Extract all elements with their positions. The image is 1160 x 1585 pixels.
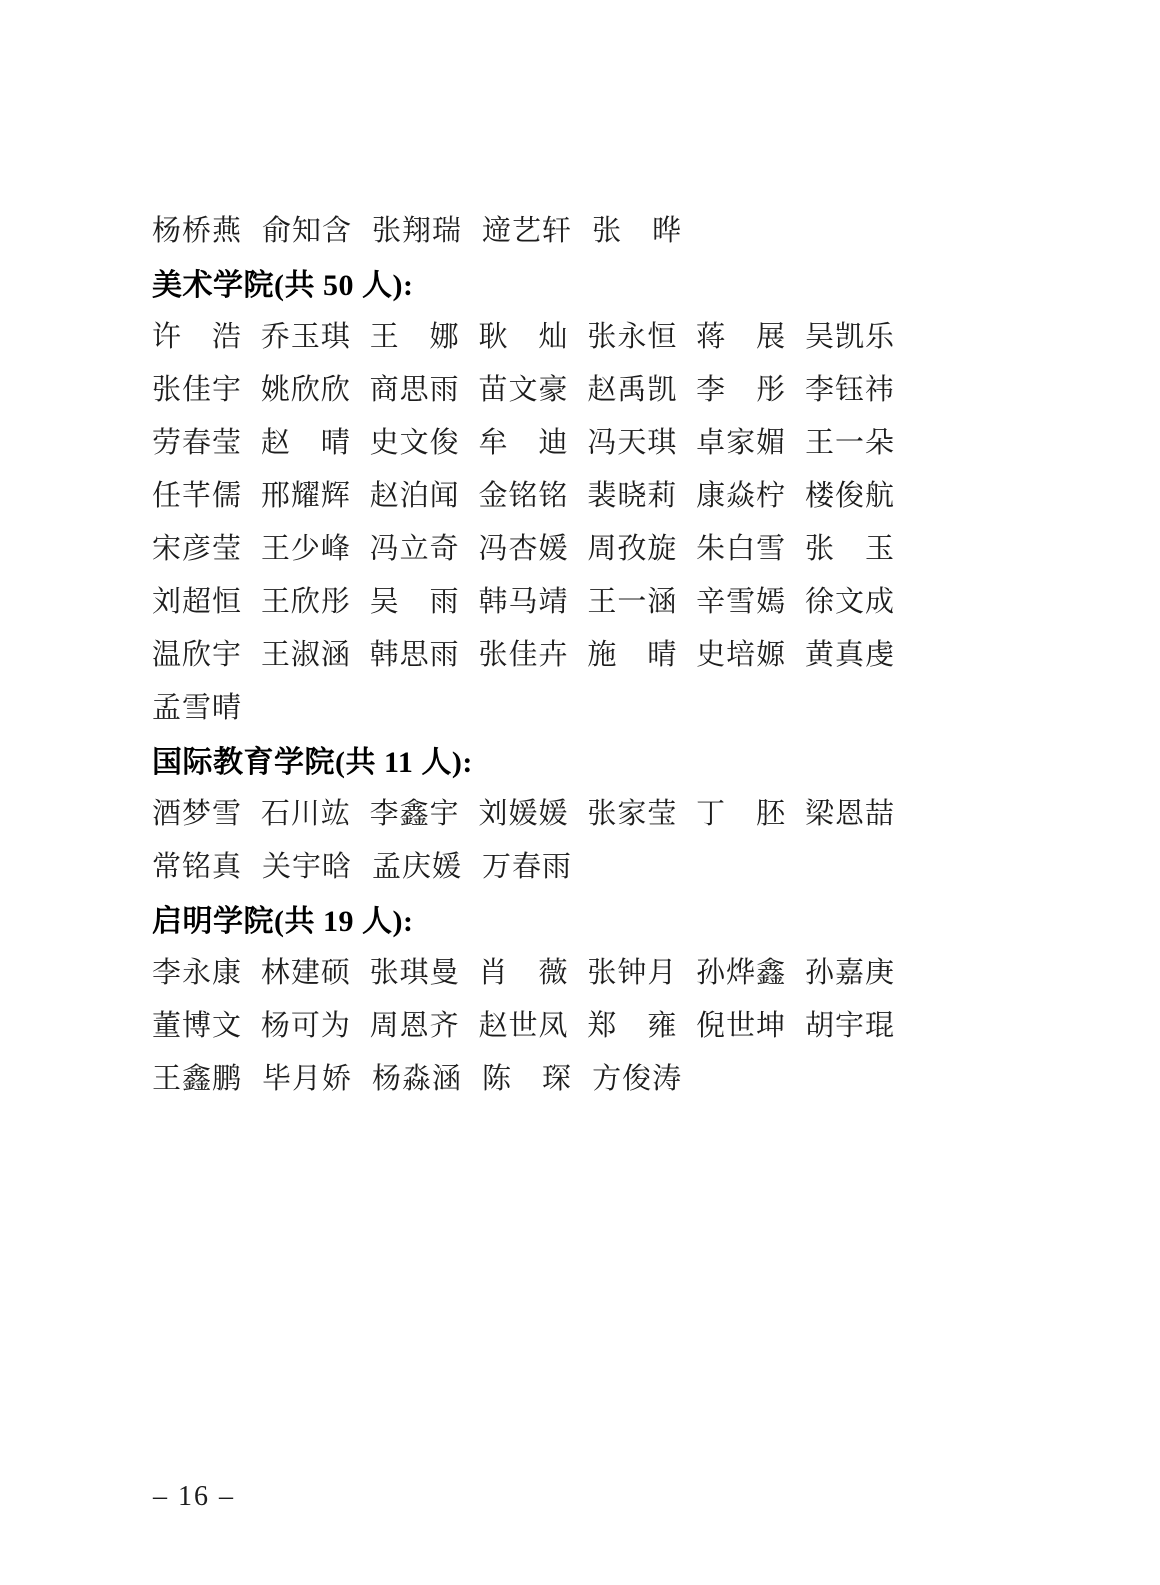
person-name: 劳春莹	[152, 420, 242, 461]
person-name: 金铭铭	[478, 473, 568, 514]
person-name: 康焱柠	[696, 473, 786, 514]
person-name: 徐文成	[805, 579, 895, 620]
person-name: 肖 薇	[478, 950, 568, 991]
section-header: 美术学院(共 50 人):	[152, 255, 895, 308]
person-name: 朱白雪	[696, 526, 786, 567]
person-name: 石川竑	[261, 791, 351, 832]
person-name: 黄真虔	[805, 632, 895, 673]
person-name: 李永康	[152, 950, 242, 991]
person-name: 王淑涵	[261, 632, 351, 673]
person-name: 邢耀辉	[261, 473, 351, 514]
person-name: 董博文	[152, 1003, 242, 1044]
name-row: 张佳宇姚欣欣商思雨苗文豪赵禹凯李 彤李钰祎	[152, 361, 895, 414]
person-name: 丁 胚	[696, 791, 786, 832]
person-name: 李鑫宇	[370, 791, 460, 832]
person-name: 孙烨鑫	[696, 950, 786, 991]
person-name: 吴凯乐	[805, 314, 895, 355]
person-name: 陈 琛	[482, 1056, 572, 1097]
name-row: 任芊儒邢耀辉赵泊闻金铭铭裴晓莉康焱柠楼俊航	[152, 467, 895, 520]
section-header: 国际教育学院(共 11 人):	[152, 732, 895, 785]
person-name: 温欣宇	[152, 632, 242, 673]
person-name: 李 彤	[696, 367, 786, 408]
person-name: 赵禹凯	[587, 367, 677, 408]
name-list: 杨桥燕俞知含张翔瑞遆艺轩张 晔美术学院(共 50 人):许 浩乔玉琪王 娜耿 灿…	[152, 202, 895, 1103]
person-name: 宋彦莹	[152, 526, 242, 567]
person-name: 周孜旋	[587, 526, 677, 567]
person-name: 方俊涛	[592, 1056, 682, 1097]
person-name: 遆艺轩	[482, 208, 572, 249]
page-number: – 16 –	[153, 1481, 235, 1512]
person-name: 裴晓莉	[587, 473, 677, 514]
person-name: 林建硕	[261, 950, 351, 991]
name-row: 酒梦雪石川竑李鑫宇刘媛媛张家莹丁 胚梁恩喆	[152, 785, 895, 838]
person-name: 许 浩	[152, 314, 242, 355]
person-name: 张家莹	[587, 791, 677, 832]
person-name: 俞知含	[262, 208, 352, 249]
person-name: 王 娜	[370, 314, 460, 355]
person-name: 孙嘉庚	[805, 950, 895, 991]
person-name: 孟庆媛	[372, 844, 462, 885]
document-page: 杨桥燕俞知含张翔瑞遆艺轩张 晔美术学院(共 50 人):许 浩乔玉琪王 娜耿 灿…	[0, 0, 1160, 1585]
person-name: 楼俊航	[805, 473, 895, 514]
person-name: 梁恩喆	[805, 791, 895, 832]
person-name: 苗文豪	[478, 367, 568, 408]
name-row: 董博文杨可为周恩齐赵世凤郑 雍倪世坤胡宇琨	[152, 997, 895, 1050]
person-name: 王鑫鹏	[152, 1056, 242, 1097]
section-header: 启明学院(共 19 人):	[152, 891, 895, 944]
name-row: 劳春莹赵 晴史文俊牟 迪冯天琪卓家媚王一朵	[152, 414, 895, 467]
name-row: 许 浩乔玉琪王 娜耿 灿张永恒蒋 展吴凯乐	[152, 308, 895, 361]
name-row: 常铭真关宇晗孟庆媛万春雨	[152, 838, 895, 891]
person-name: 赵泊闻	[370, 473, 460, 514]
person-name: 冯天琪	[587, 420, 677, 461]
person-name: 商思雨	[370, 367, 460, 408]
name-row: 李永康林建硕张琪曼肖 薇张钟月孙烨鑫孙嘉庚	[152, 944, 895, 997]
person-name: 张 晔	[592, 208, 682, 249]
person-name: 王少峰	[261, 526, 351, 567]
person-name: 冯杏媛	[478, 526, 568, 567]
person-name: 赵 晴	[261, 420, 351, 461]
person-name: 任芊儒	[152, 473, 242, 514]
person-name: 刘超恒	[152, 579, 242, 620]
person-name: 卓家媚	[696, 420, 786, 461]
person-name: 张翔瑞	[372, 208, 462, 249]
person-name: 张永恒	[587, 314, 677, 355]
person-name: 张佳卉	[478, 632, 568, 673]
person-name: 赵世凤	[478, 1003, 568, 1044]
person-name: 张佳宇	[152, 367, 242, 408]
person-name: 牟 迪	[478, 420, 568, 461]
name-row: 孟雪晴	[152, 679, 895, 732]
person-name: 史文俊	[370, 420, 460, 461]
person-name: 杨淼涵	[372, 1056, 462, 1097]
name-row: 杨桥燕俞知含张翔瑞遆艺轩张 晔	[152, 202, 895, 255]
person-name: 胡宇琨	[805, 1003, 895, 1044]
person-name: 冯立奇	[370, 526, 460, 567]
person-name: 施 晴	[587, 632, 677, 673]
name-row: 宋彦莹王少峰冯立奇冯杏媛周孜旋朱白雪张 玉	[152, 520, 895, 573]
page-footer: – 16 –	[153, 1481, 235, 1513]
person-name: 李钰祎	[805, 367, 895, 408]
person-name: 孟雪晴	[152, 685, 242, 726]
person-name: 蒋 展	[696, 314, 786, 355]
person-name: 辛雪嫣	[696, 579, 786, 620]
person-name: 万春雨	[482, 844, 572, 885]
person-name: 倪世坤	[696, 1003, 786, 1044]
person-name: 杨桥燕	[152, 208, 242, 249]
person-name: 张钟月	[587, 950, 677, 991]
person-name: 吴 雨	[370, 579, 460, 620]
name-row: 王鑫鹏毕月娇杨淼涵陈 琛方俊涛	[152, 1050, 895, 1103]
person-name: 史培嫄	[696, 632, 786, 673]
person-name: 刘媛媛	[478, 791, 568, 832]
person-name: 姚欣欣	[261, 367, 351, 408]
person-name: 王欣彤	[261, 579, 351, 620]
person-name: 王一涵	[587, 579, 677, 620]
person-name: 郑 雍	[587, 1003, 677, 1044]
person-name: 乔玉琪	[261, 314, 351, 355]
name-row: 温欣宇王淑涵韩思雨张佳卉施 晴史培嫄黄真虔	[152, 626, 895, 679]
person-name: 韩马靖	[478, 579, 568, 620]
person-name: 张 玉	[805, 526, 895, 567]
name-row: 刘超恒王欣彤吴 雨韩马靖王一涵辛雪嫣徐文成	[152, 573, 895, 626]
person-name: 周恩齐	[370, 1003, 460, 1044]
person-name: 杨可为	[261, 1003, 351, 1044]
person-name: 毕月娇	[262, 1056, 352, 1097]
person-name: 酒梦雪	[152, 791, 242, 832]
person-name: 张琪曼	[370, 950, 460, 991]
person-name: 韩思雨	[370, 632, 460, 673]
person-name: 关宇晗	[262, 844, 352, 885]
person-name: 耿 灿	[478, 314, 568, 355]
person-name: 常铭真	[152, 844, 242, 885]
person-name: 王一朵	[805, 420, 895, 461]
